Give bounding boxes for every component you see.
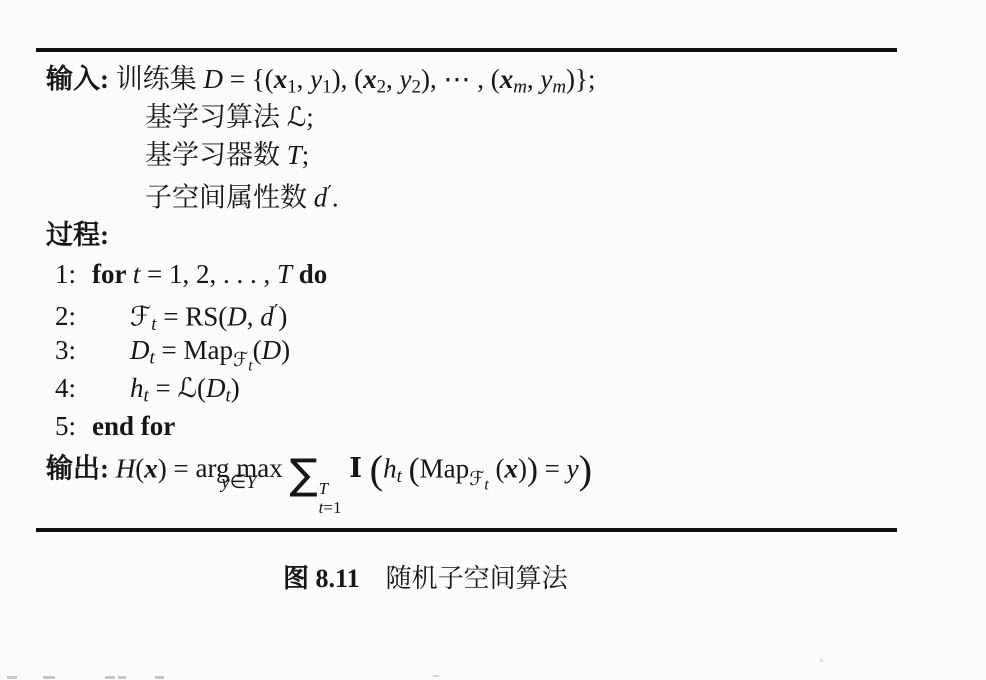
tok-sub: ℱt [469, 469, 489, 490]
tok-num: 4: [55, 371, 92, 405]
scan-speck [433, 675, 439, 677]
algo-step-1: 1:for t = 1, 2, . . . , T do [55, 257, 327, 291]
input-learner-count: 基学习器数 T; [145, 138, 309, 172]
tok-it: T [319, 479, 328, 498]
input-label: 输入: [46, 64, 116, 94]
tok-rm: ) [231, 373, 240, 403]
output-label: 输出: [46, 453, 116, 483]
tok-bf: do [292, 259, 327, 289]
tok-it: D [130, 335, 150, 365]
scan-speck [820, 659, 823, 662]
tok-it: y [540, 64, 552, 94]
tok-rm: = {( [223, 64, 274, 94]
figure-number: 图 8.11 [283, 564, 360, 593]
tok-rm: ( [489, 453, 505, 483]
tok-it: d [314, 182, 328, 212]
scan-speck [118, 676, 126, 679]
scan-speck [155, 676, 164, 679]
tok-sym: ⋯ [443, 64, 470, 95]
tok-it: y [567, 453, 579, 483]
tok-rm: ), ( [332, 64, 363, 94]
tok-it: T [287, 140, 302, 170]
algo-step-5: 5:end for [55, 409, 175, 443]
tok-sb: 2 [377, 77, 386, 98]
tok-rm: = [149, 373, 178, 403]
page: 输入: 训练集 D = {(x1, y1), (x2, y2), ⋯ , (xm… [0, 0, 986, 680]
tok-it: D [206, 373, 226, 403]
tok-cjk: 训练集 [116, 64, 204, 94]
tok-rm: ; [306, 102, 314, 132]
tok-rm: = [538, 453, 567, 483]
tok-it: d [260, 301, 274, 331]
process-label-line: 过程: [46, 218, 109, 252]
tok-sumbot: t=1 [319, 498, 342, 517]
tok-rm: , [386, 64, 400, 94]
tok-scr: ℱ [469, 467, 484, 490]
tok-sb: 2 [412, 77, 421, 98]
tok-num: 2: [55, 299, 92, 333]
tok-bi: x [144, 453, 158, 483]
input-line: 输入: 训练集 D = {(x1, y1), (x2, y2), ⋯ , (xm… [46, 62, 595, 96]
tok-rm: ( [135, 453, 144, 483]
tok-sym: ∈ [230, 471, 246, 493]
input-subspace-dim: 子空间属性数 d′. [145, 176, 339, 210]
figure-caption: 图 8.11随机子空间算法 [283, 562, 568, 596]
tok-sumlim: Tt=1 [319, 479, 342, 517]
tok-rm: ) [278, 301, 287, 331]
algorithm-box-top-rule [36, 48, 897, 52]
tok-sbi: m [513, 77, 527, 98]
tok-it: H [116, 453, 136, 483]
tok-num: 5: [55, 409, 92, 443]
tok-rm: . [332, 182, 339, 212]
scan-speck [43, 676, 55, 679]
figure-title: 随机子空间算法 [386, 564, 568, 593]
sigma-symbol: ∑ [289, 450, 317, 499]
tok-sub: ℱt [233, 350, 253, 371]
scan-speck [7, 676, 17, 679]
tok-num: 1: [55, 257, 92, 291]
tok-rm: ) [518, 453, 527, 483]
algorithm-box-bottom-rule [36, 528, 897, 532]
tok-rm: ), [421, 64, 444, 94]
algo-step-2: 2:ℱt = RS(D, d′) [55, 295, 287, 329]
tok-num: 3: [55, 333, 92, 367]
tok-bi: x [274, 64, 288, 94]
indicator-function-symbol: I [348, 453, 363, 484]
tok-bi: x [363, 64, 377, 94]
tok-bf: end for [92, 411, 175, 441]
input-base-algorithm: 基学习算法 ℒ; [145, 100, 314, 134]
tok-rm: = Map [155, 335, 233, 365]
tok-rm [363, 453, 370, 483]
tok-bp1: ( [370, 447, 384, 492]
tok-cjk: 子空间属性数 [145, 182, 314, 212]
tok-stackbot: y∈Y [221, 473, 256, 493]
tok-sumtop: T [319, 479, 328, 498]
tok-bi: x [504, 453, 518, 483]
tok-rm: = 1, 2, . . . , [140, 259, 277, 289]
tok-bi: x [500, 64, 514, 94]
tok-rm: Map [420, 453, 470, 483]
tok-it: D [204, 64, 224, 94]
tok-rm: = RS( [156, 301, 227, 331]
process-label: 过程: [46, 220, 109, 250]
tok-it: D [227, 301, 247, 331]
tok-rm: ( [197, 373, 206, 403]
tok-rm: ; [302, 140, 310, 170]
scan-speck [105, 676, 115, 679]
tok-cjk: 基学习器数 [145, 140, 287, 170]
algo-step-4: 4:ht = ℒ(Dt) [55, 371, 240, 405]
tok-it: y [400, 64, 412, 94]
tok-rm: , [527, 64, 541, 94]
tok-sb: 1 [287, 77, 296, 98]
tok-rm: =1 [323, 498, 341, 517]
argmax-operator: arg maxy∈Y [195, 451, 282, 485]
tok-sbi: m [552, 77, 566, 98]
tok-scr: ℱ [130, 301, 151, 332]
tok-rm [402, 453, 409, 483]
tok-rm: )}; [566, 64, 595, 94]
output-line: 输出: H(x) = arg maxy∈Y ∑Tt=1 I (ht (Mapℱt… [46, 450, 592, 484]
tok-rm: ) = [158, 453, 196, 483]
tok-rm: , ( [470, 64, 499, 94]
tok-bp2: ) [527, 452, 538, 488]
tok-it: h [383, 453, 397, 483]
base-learning-algorithm-symbol: ℒ [287, 102, 306, 133]
base-learning-algorithm-symbol: ℒ [177, 373, 196, 404]
tok-scr: ℱ [233, 348, 248, 371]
tok-bp2: ( [409, 452, 420, 488]
tok-rm: , [247, 301, 261, 331]
label-space-symbol: Y [246, 472, 257, 493]
tok-bf: for [92, 259, 133, 289]
tok-rm: ) [281, 335, 290, 365]
tok-sb: 1 [322, 77, 331, 98]
tok-rm [283, 453, 290, 483]
tok-it: h [130, 373, 144, 403]
tok-rm: ( [253, 335, 262, 365]
tok-it: T [277, 259, 292, 289]
tok-cjk: 基学习算法 [145, 102, 287, 132]
algo-step-3: 3:Dt = Mapℱt(D) [55, 333, 290, 367]
tok-rm: , [297, 64, 311, 94]
summation: ∑Tt=1 [289, 451, 341, 516]
tok-it: D [262, 335, 282, 365]
tok-it: y [310, 64, 322, 94]
tok-bp1: ) [579, 447, 593, 492]
